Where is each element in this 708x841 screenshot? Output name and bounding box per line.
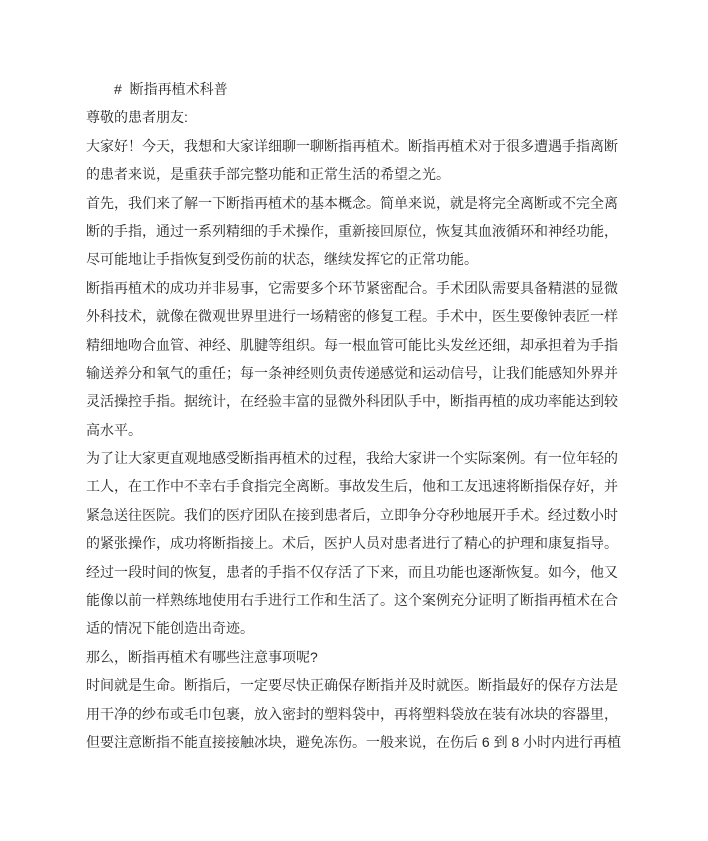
text-line: 高水平。 — [86, 416, 631, 444]
paragraph-concept: 首先，我们来了解一下断指再植术的基本概念。简单来说，就是将完全离断或不完全离 断… — [86, 189, 631, 274]
text-line: 大家好！今天，我想和大家详细聊一聊断指再植术。断指再植术对于很多遭遇手指离断 — [86, 132, 631, 160]
text-line: 断指再植术的成功并非易事，它需要多个环节紧密配合。手术团队需要具备精湛的显微 — [86, 274, 631, 302]
text-line: 的患者来说，是重获手部完整功能和正常生活的希望之光。 — [86, 160, 631, 188]
document-page: # 断指再植术科普 尊敬的患者朋友: 大家好！今天，我想和大家详细聊一聊断指再植… — [0, 0, 708, 841]
text-line: 紧急送往医院。我们的医疗团队在接到患者后，立即争分夺秒地展开手术。经过数小时 — [86, 501, 631, 529]
text-line: 首先，我们来了解一下断指再植术的基本概念。简单来说，就是将完全离断或不完全离 — [86, 189, 631, 217]
text-line: 输送养分和氧气的重任；每一条神经则负责传递感觉和运动信号，让我们能感知外界并 — [86, 359, 631, 387]
text-line: 灵活操控手指。据统计，在经验丰富的显微外科团队手中，断指再植的成功率能达到较 — [86, 387, 631, 415]
salutation-line: 尊敬的患者朋友: — [86, 103, 631, 131]
text-line: 能像以前一样熟练地使用右手进行工作和生活了。这个案例充分证明了断指再植术在合 — [86, 586, 631, 614]
document-body: # 断指再植术科普 尊敬的患者朋友: 大家好！今天，我想和大家详细聊一聊断指再植… — [86, 75, 631, 756]
text-line: 但要注意断指不能直接接触冰块，避免冻伤。一般来说，在伤后 6 到 8 小时内进行… — [86, 728, 631, 756]
text-line: 的紧张操作，成功将断指接上。术后，医护人员对患者进行了精心的护理和康复指导。 — [86, 529, 631, 557]
paragraph-intro: 大家好！今天，我想和大家详细聊一聊断指再植术。断指再植术对于很多遭遇手指离断 的… — [86, 132, 631, 189]
text-line: 用干净的纱布或毛巾包裹，放入密封的塑料袋中，再将塑料袋放在装有冰块的容器里， — [86, 700, 631, 728]
text-line: 适的情况下能创造出奇迹。 — [86, 614, 631, 642]
document-heading: # 断指再植术科普 — [86, 75, 631, 103]
text-line: 为了让大家更直观地感受断指再植术的过程，我给大家讲一个实际案例。有一位年轻的 — [86, 444, 631, 472]
paragraph-surgical-challenge: 断指再植术的成功并非易事，它需要多个环节紧密配合。手术团队需要具备精湛的显微 外… — [86, 274, 631, 444]
paragraph-question: 那么，断指再植术有哪些注意事项呢? — [86, 643, 631, 671]
text-line: 工人，在工作中不幸右手食指完全离断。事故发生后，他和工友迅速将断指保存好，并 — [86, 472, 631, 500]
text-line: 外科技术，就像在微观世界里进行一场精密的修复工程。手术中，医生要像钟表匠一样 — [86, 302, 631, 330]
text-line: 精细地吻合血管、神经、肌腱等组织。每一根血管可能比头发丝还细，却承担着为手指 — [86, 331, 631, 359]
paragraph-case-study: 为了让大家更直观地感受断指再植术的过程，我给大家讲一个实际案例。有一位年轻的 工… — [86, 444, 631, 643]
text-line: 时间就是生命。断指后，一定要尽快正确保存断指并及时就医。断指最好的保存方法是 — [86, 671, 631, 699]
text-line: 那么，断指再植术有哪些注意事项呢? — [86, 643, 631, 671]
paragraph-preservation-advice: 时间就是生命。断指后，一定要尽快正确保存断指并及时就医。断指最好的保存方法是 用… — [86, 671, 631, 756]
text-line: 经过一段时间的恢复，患者的手指不仅存活了下来，而且功能也逐渐恢复。如今，他又 — [86, 558, 631, 586]
text-line: 尽可能地让手指恢复到受伤前的状态，继续发挥它的正常功能。 — [86, 245, 631, 273]
text-line: 断的手指，通过一系列精细的手术操作，重新接回原位，恢复其血液循环和神经功能， — [86, 217, 631, 245]
